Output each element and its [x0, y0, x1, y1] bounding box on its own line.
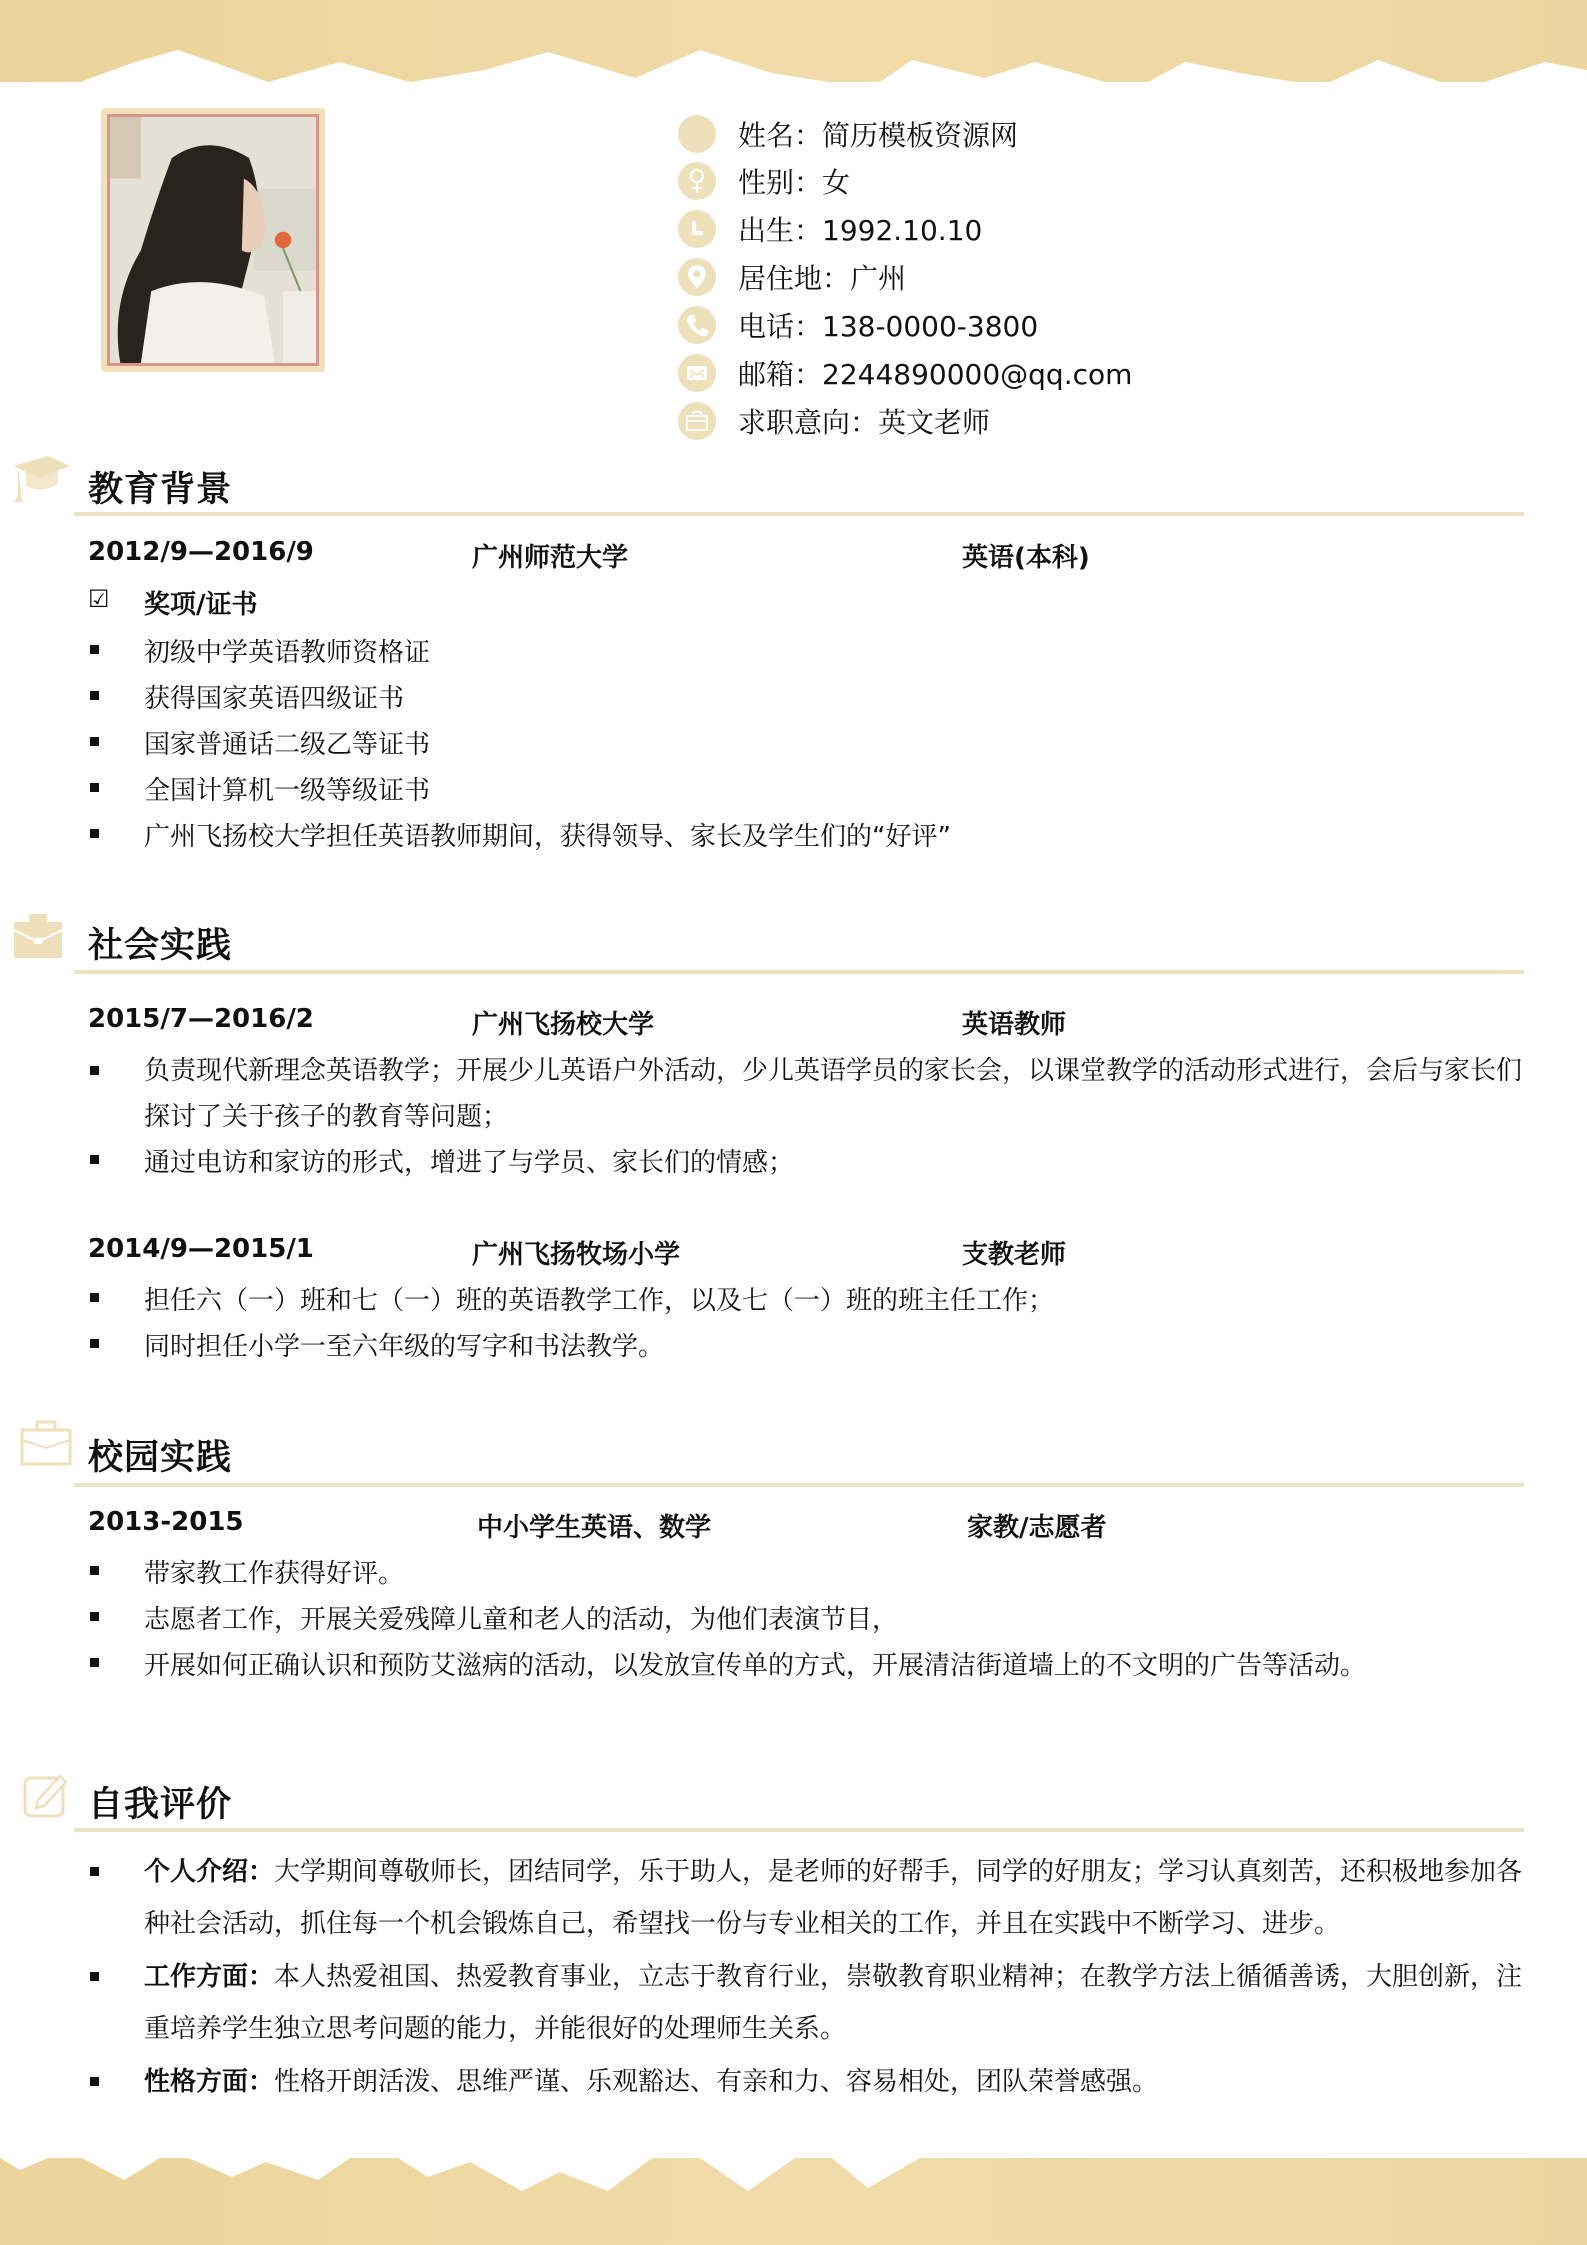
social-period: 2014/9—2015/1: [88, 1234, 314, 1264]
section-divider: [74, 1828, 1524, 1832]
awards-heading: ☑ 奖项/证书: [88, 584, 110, 614]
bullet-icon: [90, 2077, 99, 2086]
bullet-icon: [90, 783, 99, 792]
education-school: 广州师范大学: [472, 537, 628, 574]
location-pin-icon: [678, 258, 716, 296]
education-period: 2012/9—2016/9: [88, 537, 314, 567]
info-job-target: 求职意向：英文老师: [678, 401, 990, 441]
bullet-icon: [90, 829, 99, 838]
education-major: 英语(本科): [962, 537, 1090, 574]
bullet-icon: [90, 1658, 99, 1667]
section-title-social-practice: 社会实践: [88, 918, 232, 968]
campus-org: 中小学生英语、数学: [477, 1507, 711, 1544]
campus-role: 家教/志愿者: [967, 1507, 1107, 1544]
clock-icon: [678, 210, 716, 248]
checkbox-icon: ☑: [88, 585, 110, 613]
bullet-icon: [90, 1612, 99, 1621]
bullet-icon: [90, 737, 99, 746]
section-title-campus-practice: 校园实践: [88, 1430, 232, 1480]
bullet-icon: [90, 1293, 99, 1302]
section-title-self-evaluation: 自我评价: [88, 1777, 232, 1827]
briefcase-outline-icon: [20, 1420, 72, 1468]
info-name: 姓名：简历模板资源网: [678, 114, 1018, 154]
phone-icon: [678, 306, 716, 344]
bullet-icon: [90, 1066, 99, 1075]
graduation-cap-icon: [8, 452, 76, 504]
bullet-icon: [90, 1566, 99, 1575]
profile-photo: [107, 114, 319, 366]
briefcase-section-icon: [12, 912, 64, 960]
bullet-icon: [90, 1972, 99, 1981]
profile-photo-frame: [101, 108, 325, 372]
female-icon: [678, 162, 716, 200]
bullet-icon: [90, 1155, 99, 1164]
info-gender: 性别：女: [678, 161, 850, 201]
bottom-wave-decoration: [0, 2115, 1587, 2245]
briefcase-icon: [678, 402, 716, 440]
info-birth: 出生：1992.10.10: [678, 209, 982, 249]
bullet-icon: [90, 645, 99, 654]
edit-pencil-icon: [22, 1772, 70, 1820]
social-period: 2015/7—2016/2: [88, 1004, 314, 1034]
bullet-icon: [90, 1867, 99, 1876]
top-wave-decoration: [0, 0, 1587, 90]
bullet-icon: [90, 691, 99, 700]
social-role: 支教老师: [962, 1234, 1066, 1271]
info-phone: 电话：138-0000-3800: [678, 305, 1038, 345]
info-email: 邮箱：2244890000@qq.com: [678, 353, 1132, 393]
social-org: 广州飞扬校大学: [472, 1004, 654, 1041]
user-icon: [678, 115, 716, 153]
social-org: 广州飞扬牧场小学: [472, 1234, 680, 1271]
bullet-icon: [90, 1339, 99, 1348]
info-residence: 居住地：广州: [678, 257, 906, 297]
section-divider: [74, 1483, 1524, 1487]
social-role: 英语教师: [962, 1004, 1066, 1041]
mail-icon: [678, 354, 716, 392]
section-divider: [74, 970, 1524, 974]
section-divider: [74, 512, 1524, 516]
campus-period: 2013-2015: [88, 1507, 244, 1537]
section-title-education: 教育背景: [88, 462, 232, 512]
